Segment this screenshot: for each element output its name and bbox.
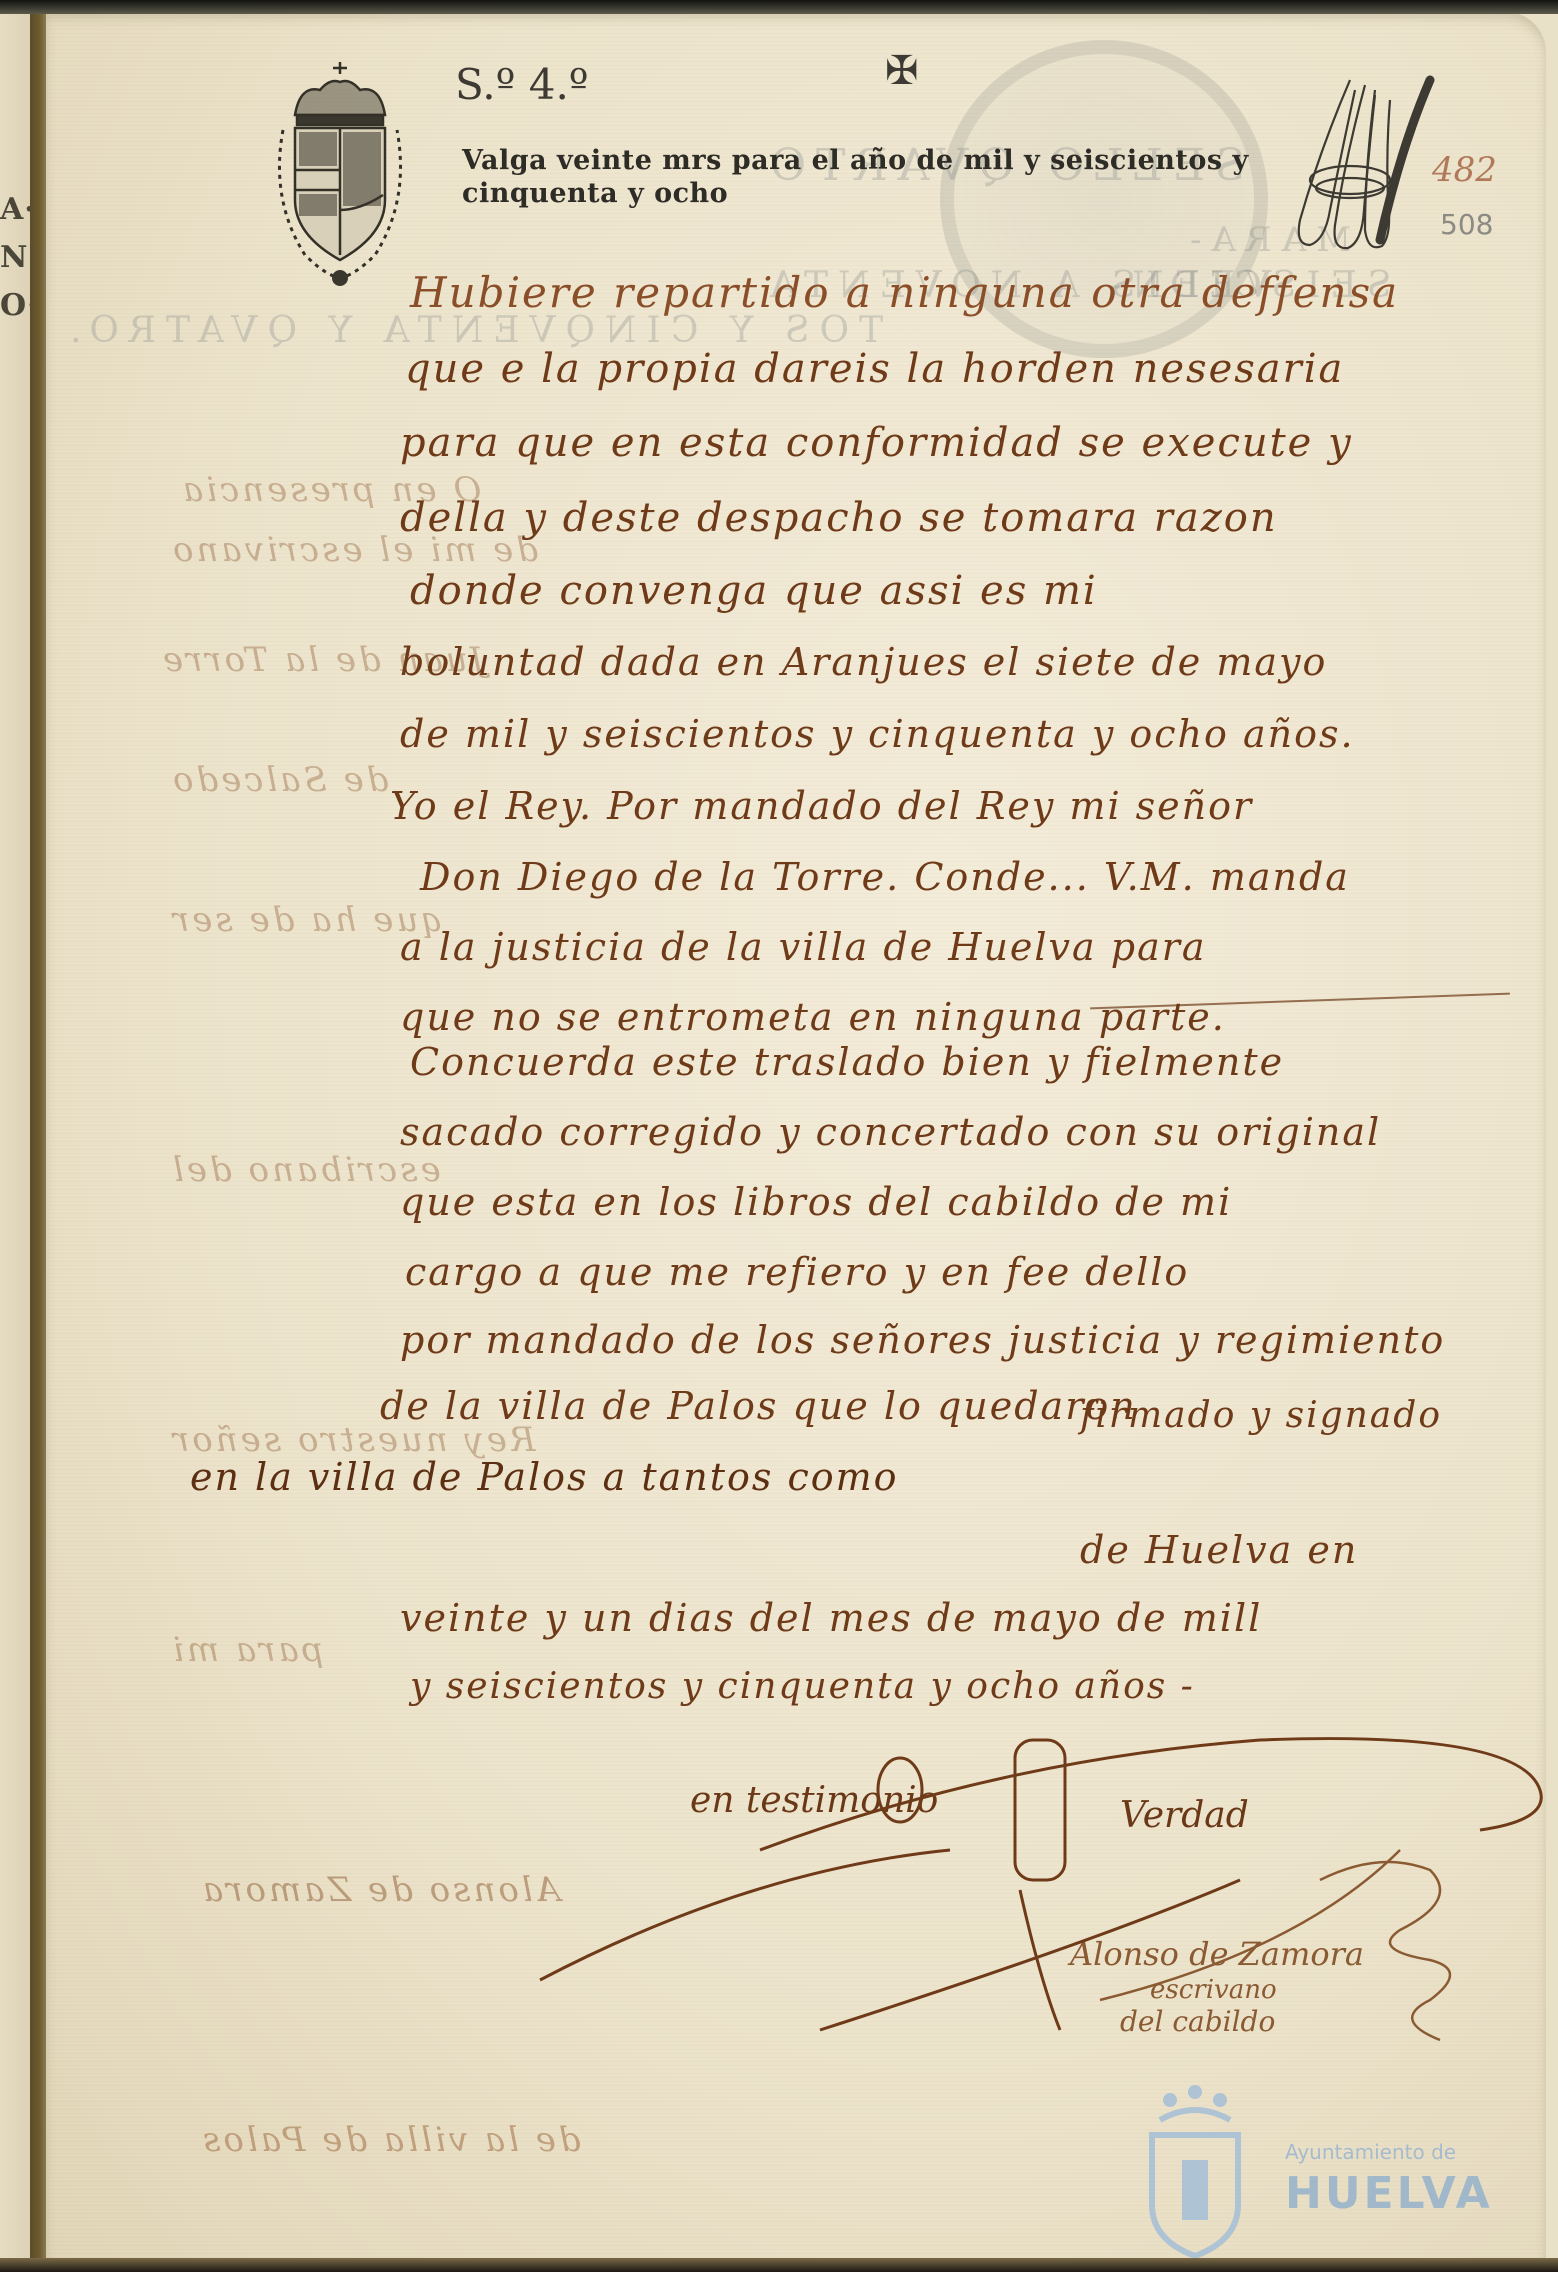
bleed-through-line: para mi xyxy=(170,1630,323,1670)
cross-icon: ✠ xyxy=(885,48,919,94)
royal-coat-of-arms-icon xyxy=(265,60,415,290)
folio-number-ink: 482 xyxy=(1432,150,1497,190)
manuscript-line: en la villa de Palos a tantos como xyxy=(190,1455,899,1499)
manuscript-line: de Huelva en xyxy=(1080,1528,1358,1572)
ayuntamiento-huelva-watermark: Ayuntamiento de HUELVA xyxy=(1140,2080,1530,2270)
manuscript-line: boluntad dada en Aranjues el siete de ma… xyxy=(400,640,1327,684)
manuscript-line: por mandado de los señores justicia y re… xyxy=(400,1318,1445,1362)
manuscript-line: della y deste despacho se tomara razon xyxy=(400,495,1278,541)
scan-top-edge xyxy=(0,0,1558,14)
watermark-line2: HUELVA xyxy=(1285,2168,1493,2219)
manuscript-line: Don Diego de la Torre. Conde... V.M. man… xyxy=(420,855,1350,899)
bleed-through-line: de la villa de Palos xyxy=(200,2120,581,2160)
scan-bottom-edge xyxy=(0,2258,1558,2272)
manuscript-line: para que en esta conformidad se execute … xyxy=(400,420,1353,466)
watermark-line1: Ayuntamiento de xyxy=(1285,2140,1456,2164)
bleed-through-line: de Salcedo xyxy=(170,760,389,800)
manuscript-line: Yo el Rey. Por mandado del Rey mi señor xyxy=(390,784,1253,828)
seal-number: S.º 4.º xyxy=(455,60,589,109)
signature-flourish-icon xyxy=(500,1700,1558,2120)
book-gutter xyxy=(30,0,46,2272)
manuscript-line: Hubiere repartido a ninguna otra deffens… xyxy=(410,268,1399,317)
manuscript-line: a la justicia de la villa de Huelva para xyxy=(400,925,1207,969)
huelva-shield-icon xyxy=(1140,2080,1250,2260)
scanned-document: A· N· O· SELLO QVARTO MARA- VEDIS A NOVE… xyxy=(0,0,1558,2272)
stamp-text-line: cinquenta y ocho xyxy=(462,178,728,209)
manuscript-line: Concuerda este traslado bien y fielmente xyxy=(410,1040,1284,1084)
manuscript-line: firmado y signado xyxy=(1080,1395,1442,1436)
manuscript-line: veinte y un dias del mes de mayo de mill xyxy=(400,1596,1262,1640)
manuscript-line: cargo a que me refiero y en fee dello xyxy=(405,1250,1189,1294)
manuscript-line: de la villa de Palos que lo quedaron xyxy=(380,1384,1137,1428)
stamp-text-line: Valga veinte mrs para el año de mil y se… xyxy=(462,145,1249,176)
manuscript-line: sacado corregido y concertado con su ori… xyxy=(400,1110,1381,1154)
manuscript-line: que no se entrometa en ninguna parte. xyxy=(400,995,1226,1039)
manuscript-line: que esta en los libros del cabildo de mi xyxy=(400,1180,1232,1224)
folio-number-pencil: 508 xyxy=(1440,208,1493,241)
facing-page-strip: A· N· O· xyxy=(0,0,30,2272)
manuscript-line: que e la propia dareis la horden nesesar… xyxy=(405,346,1344,392)
rubric-knot-icon xyxy=(1280,70,1440,260)
manuscript-line: de mil y seiscientos y cinquenta y ocho … xyxy=(400,712,1355,756)
manuscript-line: donde convenga que assi es mi xyxy=(410,568,1098,614)
